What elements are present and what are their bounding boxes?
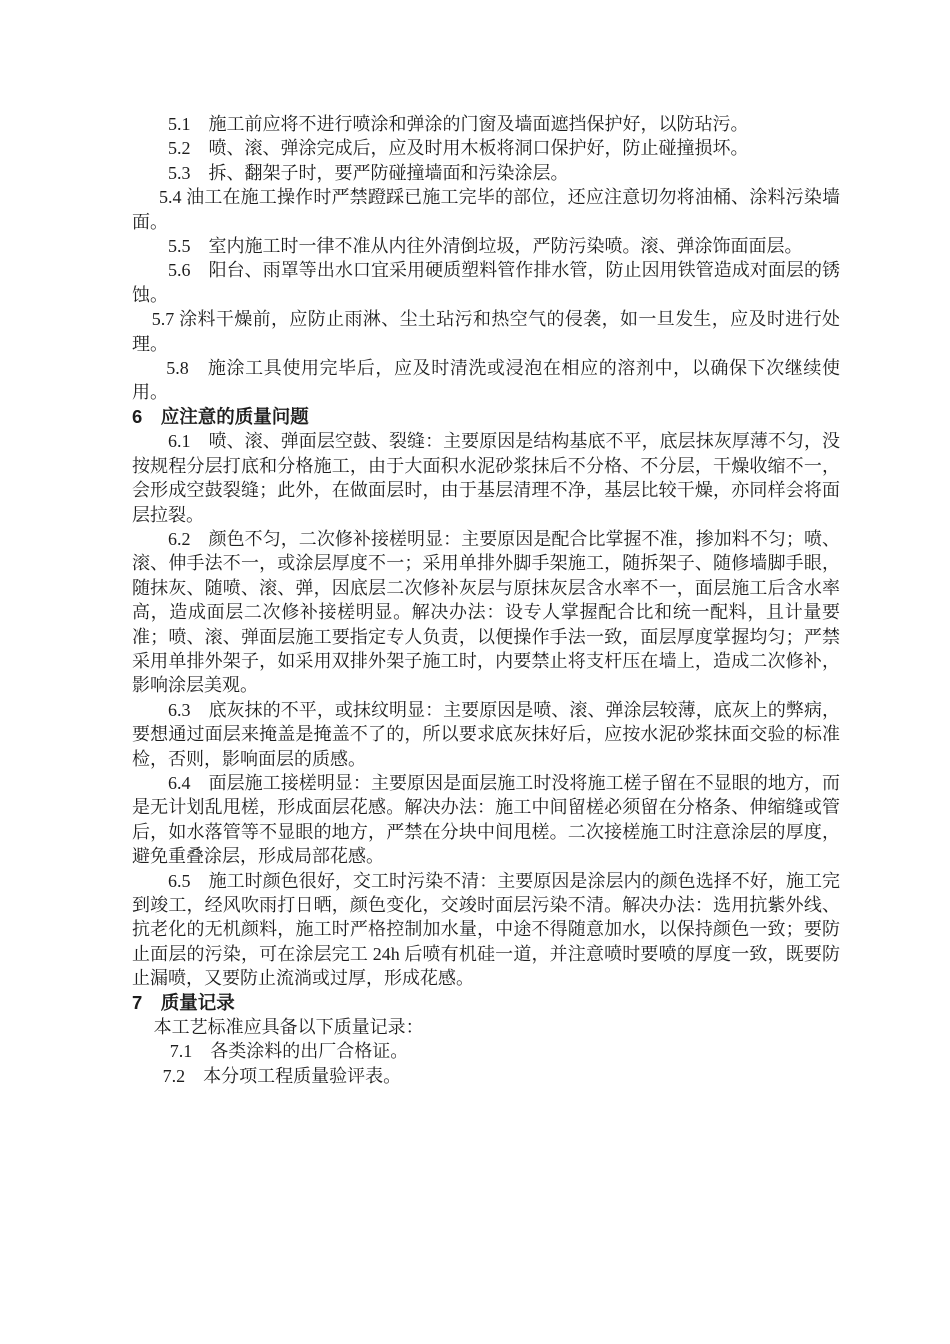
para-5-2: 5.2 喷、滚、弹涂完成后，应及时用木板将洞口保护好，防止碰撞损坏。: [132, 136, 840, 160]
para-6-3: 6.3 底灰抹的不平，或抹纹明显：主要原因是喷、滚、弹涂层较薄，底灰上的弊病，要…: [132, 698, 840, 771]
para-6-2: 6.2 颜色不匀，二次修补接槎明显：主要原因是配合比掌握不准，掺加料不匀；喷、滚…: [132, 527, 840, 698]
para-6-4: 6.4 面层施工接槎明显：主要原因是面层施工时没将施工槎子留在不显眼的地方，而是…: [132, 771, 840, 869]
para-6-5: 6.5 施工时颜色很好，交工时污染不清：主要原因是涂层内的颜色选择不好，施工完到…: [132, 869, 840, 991]
para-5-3: 5.3 拆、翻架子时，要严防碰撞墙面和污染涂层。: [132, 161, 840, 185]
para-5-7: 5.7 涂料干燥前，应防止雨淋、尘土玷污和热空气的侵袭，如一旦发生，应及时进行处…: [132, 307, 840, 356]
para-7-intro: 本工艺标准应具备以下质量记录：: [132, 1015, 840, 1039]
section-6-heading: 6 应注意的质量问题: [132, 405, 840, 429]
para-5-8: 5.8 施涂工具使用完毕后，应及时清洗或浸泡在相应的溶剂中，以确保下次继续使用。: [132, 356, 840, 405]
para-6-1: 6.1 喷、滚、弹面层空鼓、裂缝：主要原因是结构基底不平，底层抹灰厚薄不匀，没按…: [132, 429, 840, 527]
para-5-6: 5.6 阳台、雨罩等出水口宜采用硬质塑料管作排水管，防止因用铁管造成对面层的锈蚀…: [132, 258, 840, 307]
section-7-heading: 7 质量记录: [132, 991, 840, 1015]
para-7-2: 7.2 本分项工程质量验评表。: [132, 1064, 840, 1088]
para-5-5: 5.5 室内施工时一律不准从内往外清倒垃圾，严防污染喷。滚、弹涂饰面面层。: [132, 234, 840, 258]
para-7-1: 7.1 各类涂料的出厂合格证。: [132, 1039, 840, 1063]
para-5-1: 5.1 施工前应将不进行喷涂和弹涂的门窗及墙面遮挡保护好，以防玷污。: [132, 112, 840, 136]
document-text-block: 5.1 施工前应将不进行喷涂和弹涂的门窗及墙面遮挡保护好，以防玷污。 5.2 喷…: [132, 112, 840, 1088]
document-page: 5.1 施工前应将不进行喷涂和弹涂的门窗及墙面遮挡保护好，以防玷污。 5.2 喷…: [0, 0, 950, 1344]
para-5-4: 5.4 油工在施工操作时严禁蹬踩已施工完毕的部位，还应注意切勿将油桶、涂料污染墙…: [132, 185, 840, 234]
